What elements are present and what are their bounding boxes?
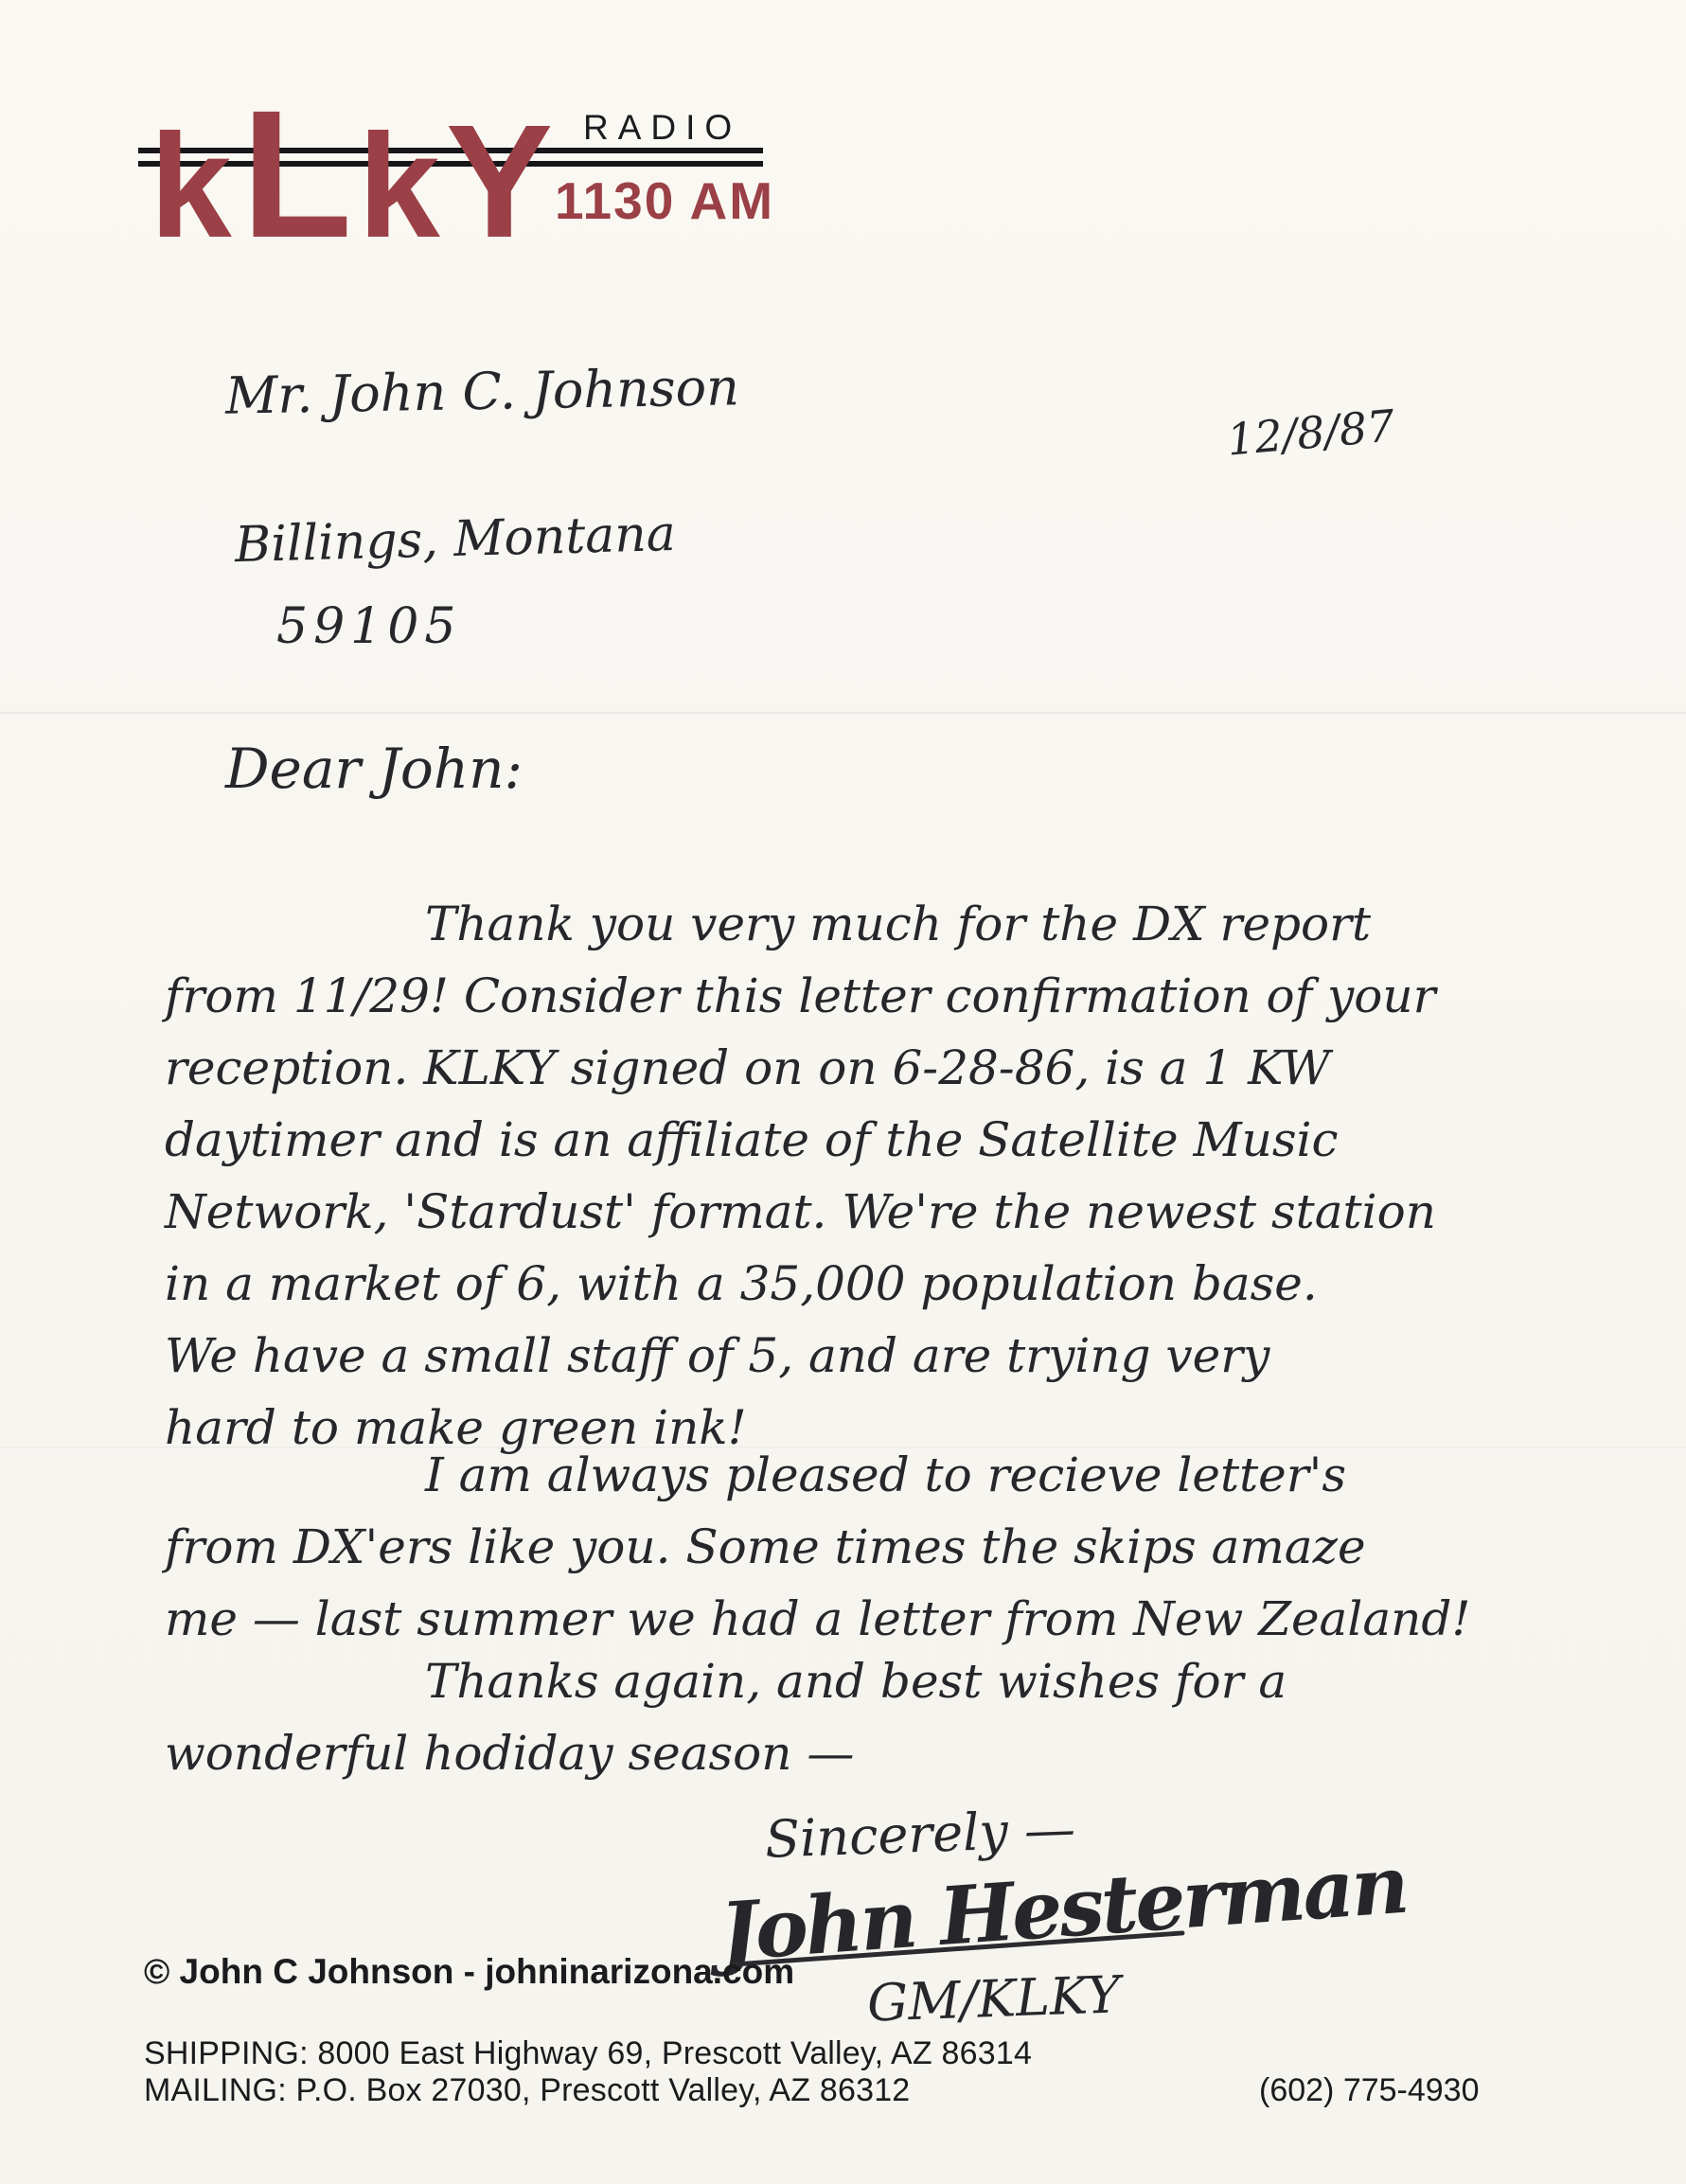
paper-fold-crease-top [0, 712, 1686, 716]
recipient-zip: 59105 [276, 598, 461, 655]
paragraph-2: I am always pleased to recieve letter's … [165, 1439, 1528, 1655]
station-logo: k L k Y [150, 83, 549, 265]
handwritten-line: daytimer and is an affiliate of the Sate… [165, 1104, 1528, 1176]
handwritten-line: I am always pleased to recieve letter's [165, 1439, 1528, 1511]
handwritten-line: Thanks again, and best wishes for a [165, 1645, 1528, 1717]
scanned-letter-page: k L k Y RADIO 1130 AM Mr. John C. Johnso… [0, 0, 1686, 2184]
logo-letter-k1: k [150, 113, 228, 260]
handwritten-line: reception. KLKY signed on on 6-28-86, is… [165, 1032, 1528, 1104]
handwritten-line: We have a small staff of 5, and are tryi… [165, 1320, 1528, 1392]
handwritten-line: me — last summer we had a letter from Ne… [165, 1583, 1528, 1655]
handwritten-line: Thank you very much for the DX report [165, 888, 1528, 960]
handwritten-line: Network, 'Stardust' format. We're the ne… [165, 1176, 1528, 1248]
logo-letter-Y: Y [446, 101, 549, 262]
paragraph-3: Thanks again, and best wishes for a wond… [165, 1645, 1528, 1789]
handwritten-line: wonderful hodiday season — [165, 1717, 1528, 1789]
frequency-label: 1130 AM [555, 170, 774, 231]
recipient-city: Billings, Montana [234, 506, 676, 574]
salutation: Dear John: [225, 737, 523, 801]
mailing-address: MAILING: P.O. Box 27030, Prescott Valley… [144, 2072, 910, 2109]
shipping-address: SHIPPING: 8000 East Highway 69, Prescott… [144, 2035, 1032, 2072]
handwritten-line: in a market of 6, with a 35,000 populati… [165, 1248, 1528, 1320]
phone-number: (602) 775-4930 [1259, 2072, 1480, 2109]
closing: Sincerely — [764, 1799, 1076, 1869]
handwritten-line: from 11/29! Consider this letter confirm… [165, 960, 1528, 1032]
logo-letter-k2: k [358, 113, 436, 260]
copyright-watermark: © John C Johnson - johninarizona.com [144, 1952, 794, 1992]
letter-date: 12/8/87 [1225, 400, 1396, 465]
signature-title: GM/KLKY [866, 1964, 1121, 2033]
handwritten-line: from DX'ers like you. Some times the ski… [165, 1511, 1528, 1583]
logo-letter-L: L [241, 83, 348, 265]
paragraph-1: Thank you very much for the DX report fr… [165, 888, 1528, 1464]
radio-label: RADIO [583, 108, 741, 148]
recipient-name: Mr. John C. Johnson [224, 357, 739, 425]
